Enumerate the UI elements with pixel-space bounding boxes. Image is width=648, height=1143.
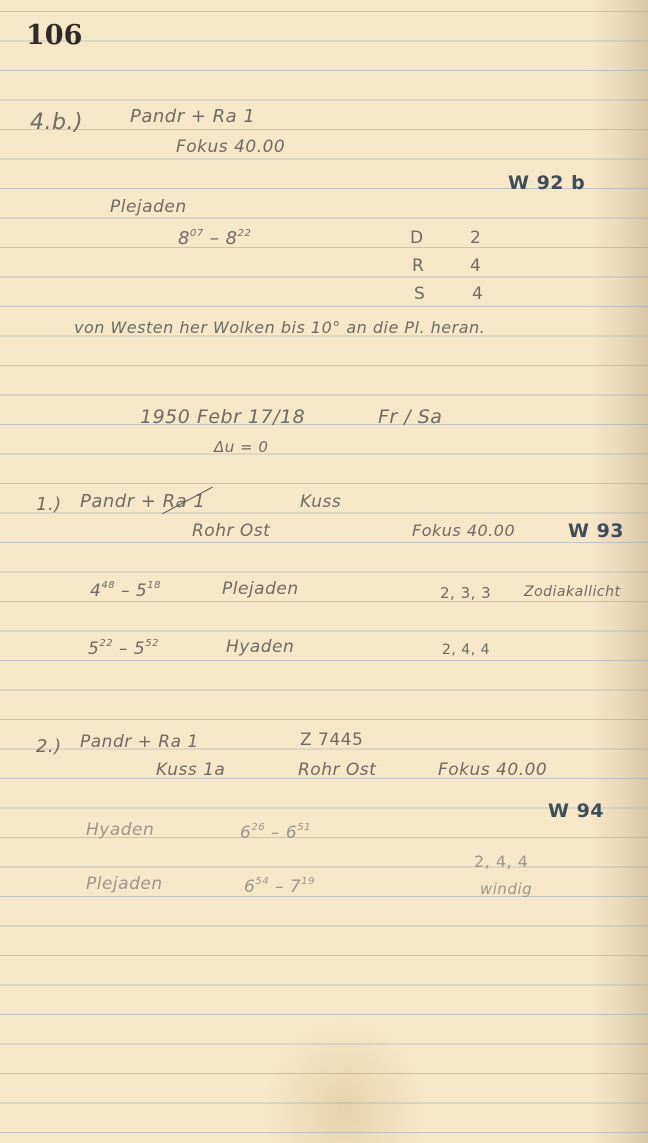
page-number: 106 xyxy=(26,20,82,51)
time-range: 626 – 651 xyxy=(240,822,311,843)
rating: 2, 4, 4 xyxy=(442,642,490,658)
plate-id: W 94 xyxy=(548,800,604,822)
instrument: Pandr + Ra 1 xyxy=(80,491,205,512)
tube: Rohr Ost xyxy=(298,760,376,780)
rating-key-d: D xyxy=(410,228,424,248)
time-range: 654 – 719 xyxy=(244,876,315,897)
observer: Kuss xyxy=(300,492,341,512)
struck-text: Ra 1 xyxy=(163,491,206,512)
instrument: Pandr + Ra 1 xyxy=(80,732,199,752)
focus: Fokus 40.00 xyxy=(412,521,515,540)
object-name: Hyaden xyxy=(86,820,154,840)
tube: Rohr Ost xyxy=(192,521,270,541)
entry-label: 1.) xyxy=(36,494,62,515)
rating-key-r: R xyxy=(412,256,424,276)
rating-val-s: 4 xyxy=(472,284,483,304)
rating-val-d: 2 xyxy=(470,228,481,248)
time-range: 448 – 518 xyxy=(90,580,161,601)
time-range: 522 – 552 xyxy=(88,638,159,659)
session-date: 1950 Febr 17/18 xyxy=(140,406,305,428)
object-name: Hyaden xyxy=(226,637,294,657)
remark: windig xyxy=(480,880,532,898)
time-range: 807 – 822 xyxy=(178,228,251,249)
entry-label: 4.b.) xyxy=(30,110,83,135)
plate-id: W 93 xyxy=(568,520,624,542)
object-name: Plejaden xyxy=(110,197,187,217)
reference-number: Z 7445 xyxy=(300,730,363,750)
plate-id: W 92 b xyxy=(508,172,585,194)
rating: 2, 4, 4 xyxy=(474,852,528,871)
instrument: Pandr + Ra 1 xyxy=(130,106,255,127)
rating: 2, 3, 3 xyxy=(440,584,491,602)
focus: Fokus 40.00 xyxy=(176,137,285,157)
observer: Kuss 1a xyxy=(156,760,225,780)
entry-label: 2.) xyxy=(36,736,62,757)
remark: Zodiakallicht xyxy=(524,584,620,600)
focus: Fokus 40.00 xyxy=(438,760,547,780)
rating-val-r: 4 xyxy=(470,256,481,276)
session-weekday: Fr / Sa xyxy=(378,406,442,428)
clock-correction: Δu = 0 xyxy=(214,438,268,456)
object-name: Plejaden xyxy=(86,874,163,894)
object-name: Plejaden xyxy=(222,579,299,599)
weather-note: von Westen her Wolken bis 10° an die Pl.… xyxy=(74,318,485,337)
rating-key-s: S xyxy=(414,284,425,304)
